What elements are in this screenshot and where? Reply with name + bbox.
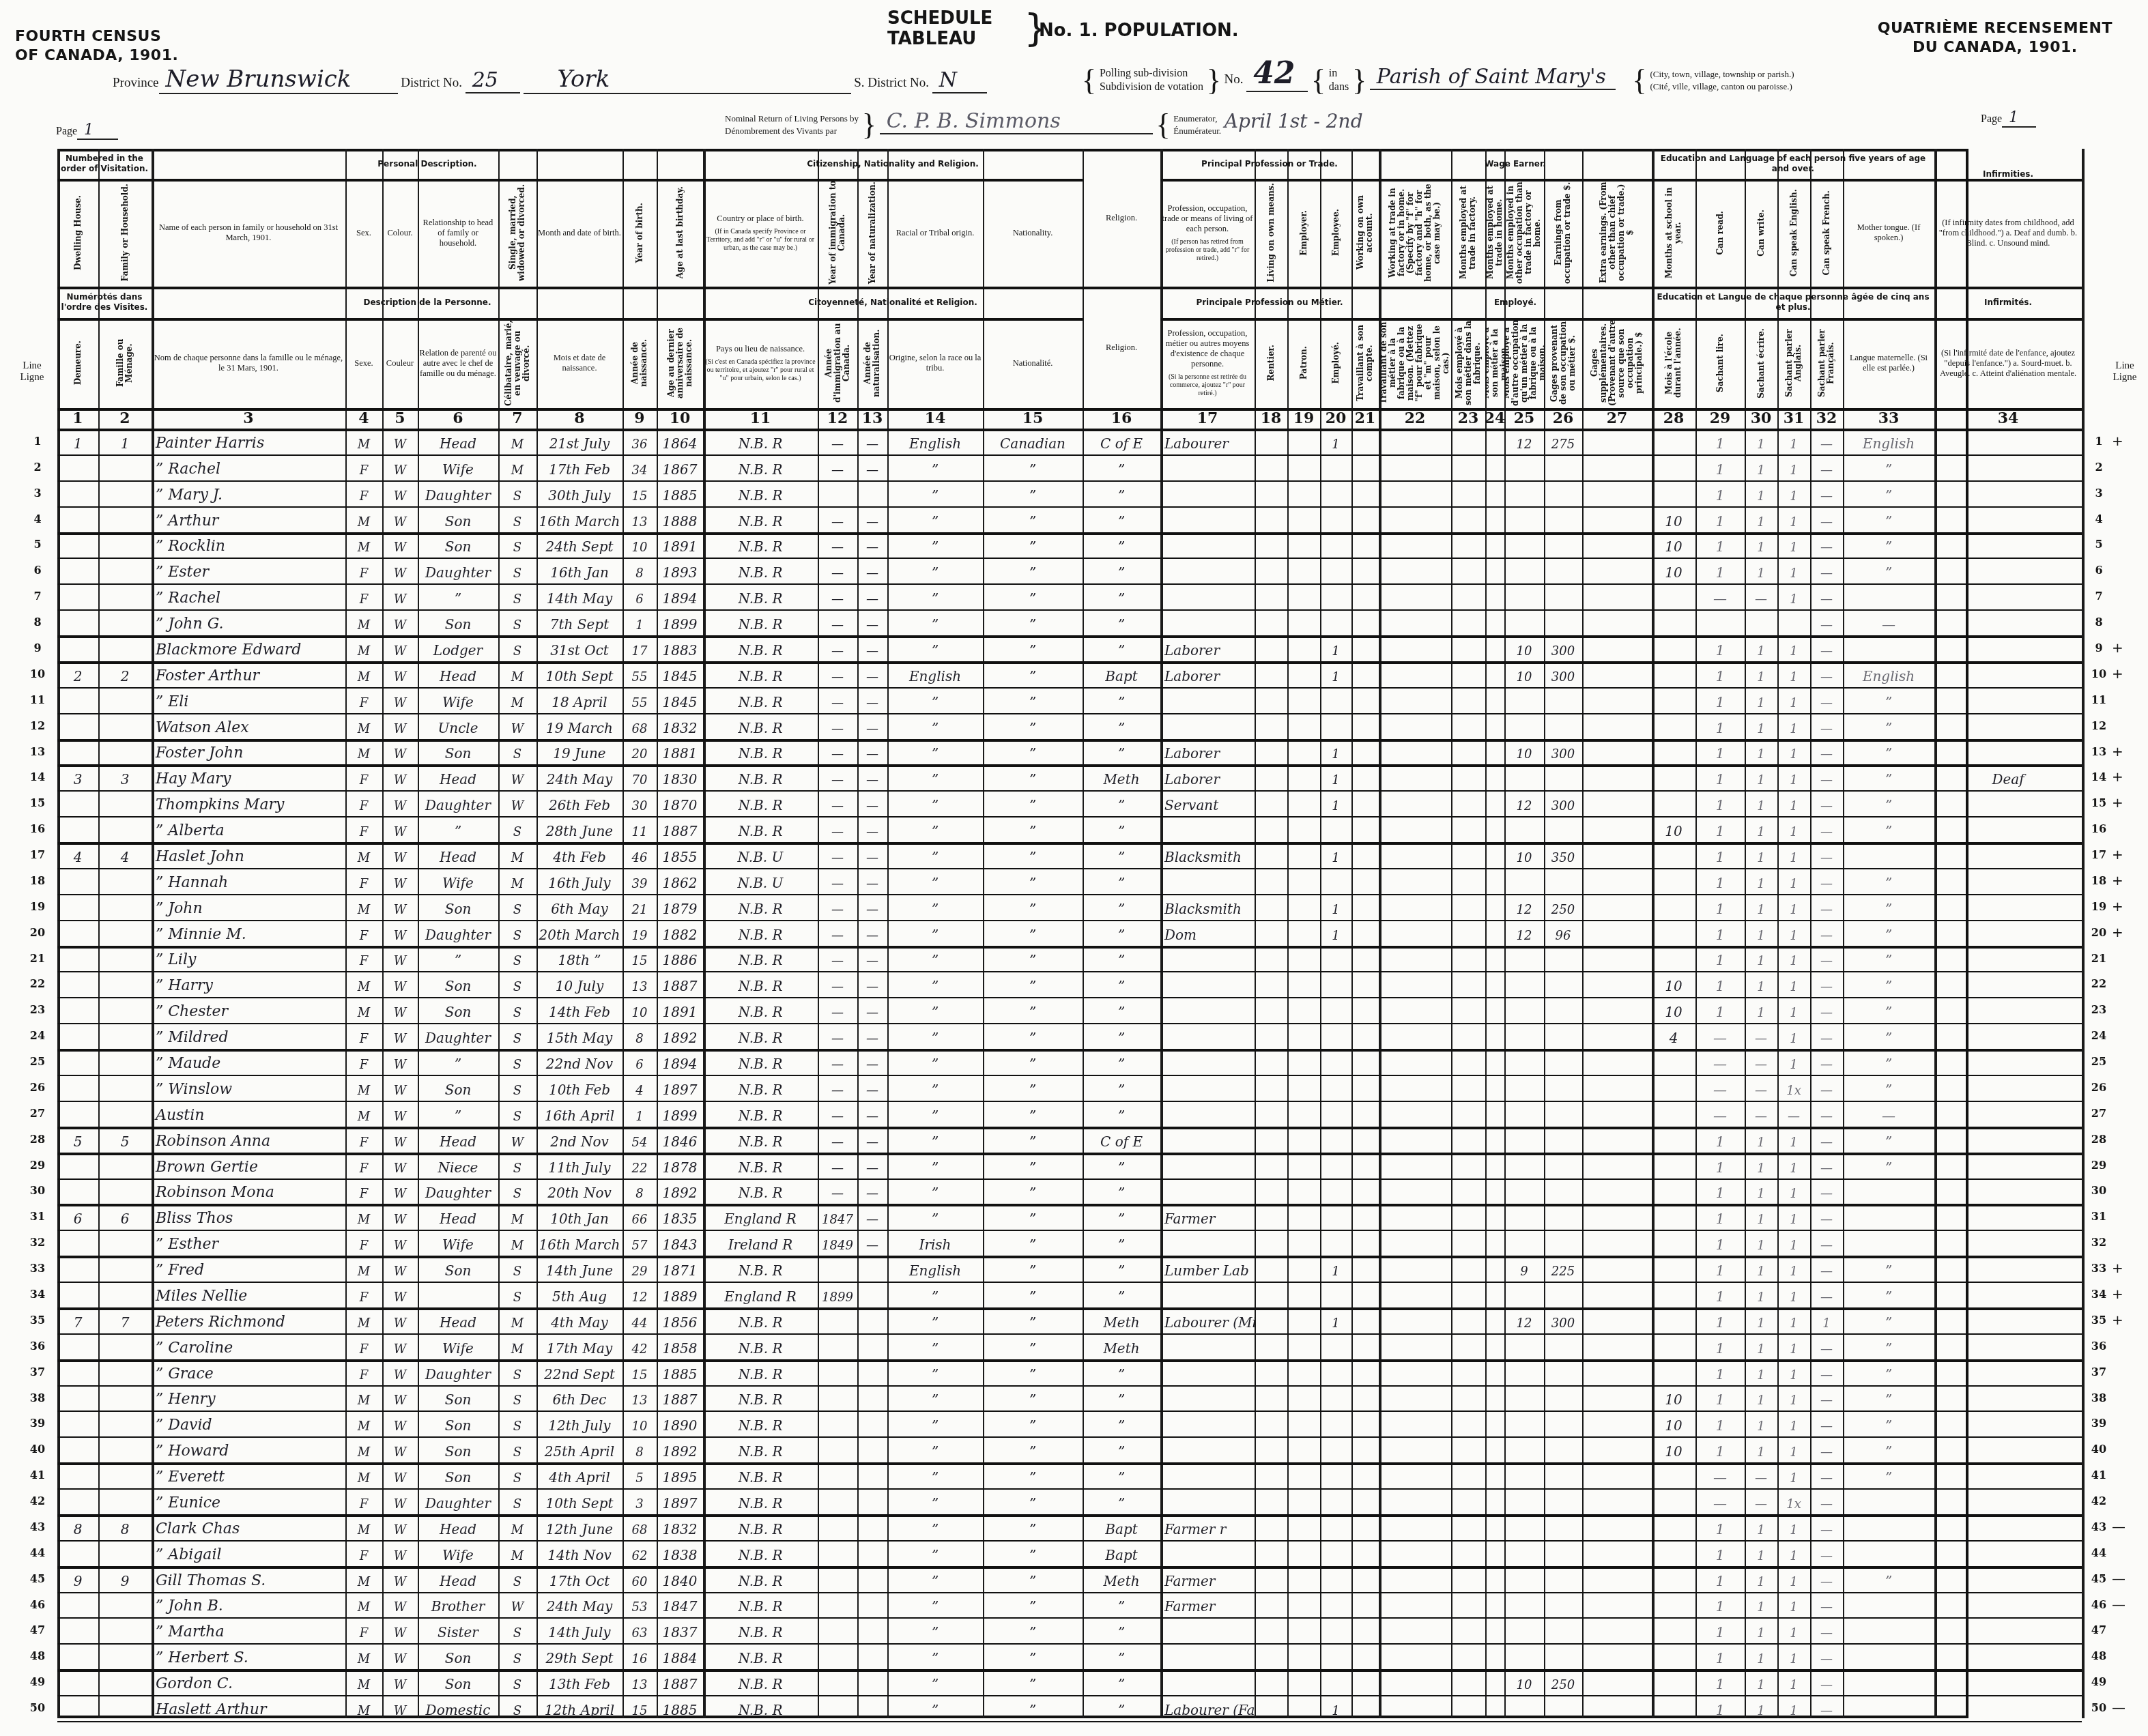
- cell-natur: —: [857, 739, 887, 765]
- cell-origin: ”: [887, 842, 983, 868]
- cell-write: —: [1745, 1023, 1777, 1049]
- cell-write: 1: [1745, 1617, 1777, 1643]
- cell-origin: ”: [887, 480, 983, 506]
- cell-nationality: ”: [983, 1333, 1083, 1359]
- cell-english: 1: [1777, 1204, 1810, 1230]
- column-header-24-en: Months employed at trade in home.: [1485, 179, 1504, 287]
- cell-birth-date: 12th June: [536, 1514, 622, 1540]
- column-number-31: 31: [1777, 408, 1810, 429]
- cell-age: 1: [622, 609, 657, 635]
- cell-status: M: [498, 868, 536, 894]
- column-header-21-en: Working on own account.: [1351, 179, 1379, 287]
- cell-write: 1: [1745, 1566, 1777, 1592]
- cell-read: 1: [1695, 739, 1745, 765]
- cell-colour: W: [382, 1101, 418, 1127]
- cell-english: 1: [1777, 713, 1810, 739]
- cell-write: 1: [1745, 1410, 1777, 1436]
- column-header-text: Employé.: [1332, 342, 1341, 384]
- cell-employee: 1: [1320, 739, 1351, 765]
- column-header-text: Age au dernier anniversaire de naissance…: [667, 319, 693, 407]
- cell-birth-year: 1887: [657, 1385, 703, 1411]
- cell-months-other: 10: [1504, 842, 1544, 868]
- cell-religion: ”: [1083, 635, 1160, 661]
- cell-birthplace: Ireland R: [703, 1230, 818, 1256]
- line-number-right: 45: [2089, 1572, 2109, 1585]
- cell-tongue: ”: [1843, 1153, 1934, 1178]
- cell-read: 1: [1695, 713, 1745, 739]
- cell-birthplace: N.B. R: [703, 1153, 818, 1178]
- cell-natur: —: [857, 971, 887, 997]
- column-header-text: Travaillant de son métier à la fabrique …: [1379, 319, 1450, 407]
- column-header-13-en: Year of naturalization.: [857, 179, 887, 287]
- title-line-1: FOURTH CENSUS: [15, 27, 178, 46]
- cell-school: 4: [1652, 1023, 1695, 1049]
- cell-religion: ”: [1083, 1178, 1160, 1204]
- cell-nationality: ”: [983, 790, 1083, 816]
- cell-religion: ”: [1083, 1282, 1160, 1307]
- cell-months-other: 12: [1504, 1307, 1544, 1333]
- cell-name: ” Herbert S.: [152, 1643, 345, 1669]
- cell-origin: ”: [887, 1436, 983, 1462]
- cell-write: 1: [1745, 946, 1777, 972]
- column-header-11-fr: Pays ou lieu de naissance.(Si c'est en C…: [703, 318, 818, 408]
- cell-natur: —: [857, 609, 887, 635]
- cell-name: ” Martha: [152, 1617, 345, 1643]
- cell-birthplace: N.B. R: [703, 583, 818, 609]
- tally-mark: +: [2112, 1286, 2123, 1302]
- cell-age: 15: [622, 946, 657, 972]
- cell-tongue: —: [1843, 1101, 1934, 1127]
- cell-write: 1: [1745, 635, 1777, 661]
- line-number-right: 14: [2089, 770, 2109, 783]
- cell-colour: W: [382, 687, 418, 713]
- cell-tongue: ”: [1843, 1462, 1934, 1488]
- cell-origin: ”: [887, 558, 983, 583]
- cell-name: ” Alberta: [152, 816, 345, 842]
- cell-origin: ”: [887, 946, 983, 972]
- cell-english: 1: [1777, 868, 1810, 894]
- line-number: 12: [27, 719, 48, 732]
- cell-status: S: [498, 1695, 536, 1721]
- cell-birth-date: 13th Feb: [536, 1669, 622, 1695]
- cell-read: 1: [1695, 1385, 1745, 1411]
- line-number: 41: [27, 1469, 48, 1481]
- cell-immig: —: [818, 583, 857, 609]
- cell-colour: W: [382, 920, 418, 946]
- cell-relation: Daughter: [418, 790, 498, 816]
- cell-status: S: [498, 1256, 536, 1282]
- cell-religion: ”: [1083, 1049, 1160, 1075]
- cell-birth-year: 1887: [657, 1669, 703, 1695]
- cell-birth-year: 1846: [657, 1127, 703, 1153]
- enumeration-date: April 1st - 2nd: [1225, 110, 1363, 132]
- cell-relation: Daughter: [418, 558, 498, 583]
- column-number-9: 9: [622, 408, 657, 429]
- column-header-27-en: Extra earnings. (From other than chief o…: [1582, 179, 1652, 287]
- cell-family: 5: [98, 1127, 152, 1153]
- cell-sex: M: [345, 1307, 382, 1333]
- cell-birth-date: 17th Oct: [536, 1566, 622, 1592]
- in-label: in dans: [1329, 67, 1349, 94]
- column-header-note: (If person has retired from profession o…: [1162, 238, 1253, 263]
- cell-age: 8: [622, 558, 657, 583]
- cell-english: 1: [1777, 1695, 1810, 1721]
- cell-colour: W: [382, 661, 418, 687]
- column-header-text: Sexe.: [354, 358, 373, 368]
- cell-status: S: [498, 920, 536, 946]
- column-header-text: Couleur: [386, 358, 414, 368]
- line-number-right: 17: [2089, 848, 2109, 861]
- cell-relation: Son: [418, 971, 498, 997]
- cell-origin: ”: [887, 1359, 983, 1385]
- cell-birth-date: 16th March: [536, 506, 622, 532]
- cell-origin: ”: [887, 1669, 983, 1695]
- cell-occupation: Dom: [1160, 920, 1255, 946]
- cell-write: 1: [1745, 1333, 1777, 1359]
- column-header-30-en: Can write.: [1745, 179, 1777, 287]
- cell-occupation: Laborer: [1160, 661, 1255, 687]
- cell-english: —: [1777, 1101, 1810, 1127]
- column-number-4: 4: [345, 408, 382, 429]
- cell-sex: F: [345, 790, 382, 816]
- cell-read: 1: [1695, 1178, 1745, 1204]
- cell-immig: —: [818, 1075, 857, 1101]
- cell-religion: ”: [1083, 583, 1160, 609]
- district-name: York: [524, 66, 851, 94]
- cell-tongue: ”: [1843, 454, 1934, 480]
- cell-write: 1: [1745, 558, 1777, 583]
- cell-immig: —: [818, 1049, 857, 1075]
- line-number-right: 34: [2089, 1288, 2109, 1301]
- cell-write: 1: [1745, 1540, 1777, 1566]
- cell-birth-date: 16th April: [536, 1101, 622, 1127]
- enumerator-value: C. P. B. Simmons: [880, 109, 1153, 134]
- cell-age: 17: [622, 635, 657, 661]
- cell-name: ” Eli: [152, 687, 345, 713]
- cell-english: 1: [1777, 739, 1810, 765]
- cell-immig: 1899: [818, 1282, 857, 1307]
- cell-english: 1: [1777, 635, 1810, 661]
- cell-natur: —: [857, 558, 887, 583]
- cell-birth-year: 1847: [657, 1592, 703, 1618]
- column-number-26: 26: [1544, 408, 1582, 429]
- column-header-21-fr: Travaillant à son compte.: [1351, 318, 1379, 408]
- column-header-text: Employee.: [1332, 209, 1341, 256]
- cell-french: —: [1810, 661, 1843, 687]
- cell-age: 34: [622, 454, 657, 480]
- cell-read: 1: [1695, 635, 1745, 661]
- cell-english: 1: [1777, 583, 1810, 609]
- tally-mark: +: [2112, 1312, 2123, 1328]
- cell-sex: F: [345, 1127, 382, 1153]
- cell-school: 10: [1652, 971, 1695, 997]
- column-number-13: 13: [857, 408, 887, 429]
- cell-name: ” John: [152, 894, 345, 920]
- cell-origin: ”: [887, 1695, 983, 1721]
- cell-relation: Head: [418, 429, 498, 454]
- tally-mark: +: [2112, 1260, 2123, 1276]
- cell-read: 1: [1695, 532, 1745, 558]
- cell-english: 1: [1777, 1307, 1810, 1333]
- cell-nationality: ”: [983, 920, 1083, 946]
- cell-birthplace: England R: [703, 1204, 818, 1230]
- cell-religion: ”: [1083, 1592, 1160, 1618]
- cell-name: ” Grace: [152, 1359, 345, 1385]
- cell-age: 13: [622, 971, 657, 997]
- cell-english: 1: [1777, 790, 1810, 816]
- cell-write: 1: [1745, 661, 1777, 687]
- cell-origin: ”: [887, 1023, 983, 1049]
- cell-natur: —: [857, 1049, 887, 1075]
- cell-name: ” Mary J.: [152, 480, 345, 506]
- cell-occupation: Laborer: [1160, 635, 1255, 661]
- cell-age: 10: [622, 1410, 657, 1436]
- cell-english: 1: [1777, 1230, 1810, 1256]
- cell-natur: —: [857, 687, 887, 713]
- column-header-text: Sex.: [356, 228, 371, 238]
- cell-age: 20: [622, 739, 657, 765]
- cell-read: 1: [1695, 1307, 1745, 1333]
- cell-nationality: ”: [983, 713, 1083, 739]
- line-number-right: 18: [2089, 874, 2109, 887]
- cell-origin: ”: [887, 1410, 983, 1436]
- cell-colour: W: [382, 1592, 418, 1618]
- brace-icon: {: [1156, 108, 1170, 141]
- cell-sex: M: [345, 635, 382, 661]
- cell-status: S: [498, 532, 536, 558]
- cell-age: 29: [622, 1256, 657, 1282]
- cell-natur: —: [857, 1230, 887, 1256]
- cell-colour: W: [382, 1410, 418, 1436]
- cell-immig: —: [818, 997, 857, 1023]
- district-no: 25: [466, 68, 520, 93]
- cell-birthplace: N.B. R: [703, 713, 818, 739]
- cell-origin: ”: [887, 816, 983, 842]
- column-header-18-en: Living on own means.: [1255, 179, 1287, 287]
- cell-status: S: [498, 1101, 536, 1127]
- cell-natur: —: [857, 1075, 887, 1101]
- cell-employee: 1: [1320, 764, 1351, 790]
- cell-natur: —: [857, 842, 887, 868]
- cell-origin: ”: [887, 583, 983, 609]
- cell-immig: —: [818, 687, 857, 713]
- cell-origin: ”: [887, 997, 983, 1023]
- cell-french: —: [1810, 946, 1843, 972]
- line-number: 45: [27, 1572, 48, 1585]
- line-number-right: 23: [2089, 1003, 2109, 1016]
- cell-english: 1: [1777, 480, 1810, 506]
- column-header-3-fr: Nom de chaque personne dans la famille o…: [152, 318, 345, 408]
- cell-age: 63: [622, 1617, 657, 1643]
- cell-sex: F: [345, 868, 382, 894]
- column-number-34: 34: [1934, 408, 2082, 429]
- cell-birthplace: N.B. R: [703, 661, 818, 687]
- line-number: 11: [27, 693, 48, 706]
- cell-age: 19: [622, 920, 657, 946]
- cell-tongue: English: [1843, 429, 1934, 454]
- cell-relation: Daughter: [418, 920, 498, 946]
- column-header-3-en: Name of each person in family or househo…: [152, 179, 345, 287]
- cell-months-other: 10: [1504, 661, 1544, 687]
- line-number-right: 44: [2089, 1546, 2109, 1559]
- cell-immig: —: [818, 894, 857, 920]
- cell-tongue: ”: [1843, 532, 1934, 558]
- column-header-text: Dwelling House.: [74, 195, 83, 270]
- cell-status: M: [498, 429, 536, 454]
- cell-birth-date: 17th May: [536, 1333, 622, 1359]
- cell-natur: —: [857, 894, 887, 920]
- column-header-18-fr: Rentier.: [1255, 318, 1287, 408]
- line-number: 2: [27, 461, 48, 474]
- brace-icon: {: [1633, 63, 1647, 97]
- cell-religion: ”: [1083, 816, 1160, 842]
- line-number: 43: [27, 1520, 48, 1533]
- cell-french: —: [1810, 1566, 1843, 1592]
- cell-birth-year: 1897: [657, 1075, 703, 1101]
- cell-birth-year: 1892: [657, 1178, 703, 1204]
- cell-tongue: ”: [1843, 1307, 1934, 1333]
- column-header-29-fr: Sachant lire.: [1695, 318, 1745, 408]
- cell-nationality: ”: [983, 1282, 1083, 1307]
- cell-read: —: [1695, 1075, 1745, 1101]
- cell-sex: M: [345, 1410, 382, 1436]
- cell-sex: F: [345, 1023, 382, 1049]
- cell-school: 10: [1652, 816, 1695, 842]
- cell-birth-date: 30th July: [536, 480, 622, 506]
- cell-name: Watson Alex: [152, 713, 345, 739]
- line-number-right: 15: [2089, 796, 2109, 809]
- cell-status: M: [498, 1307, 536, 1333]
- cell-birthplace: N.B. R: [703, 1256, 818, 1282]
- place-hint: (City, town, village, township or parish…: [1650, 68, 1794, 93]
- cell-birth-date: 10 July: [536, 971, 622, 997]
- cell-origin: ”: [887, 713, 983, 739]
- cell-french: —: [1810, 1410, 1843, 1436]
- cell-french: —: [1810, 1075, 1843, 1101]
- group-personal-fr: Description de la Personne.: [152, 287, 703, 318]
- cell-dwelling: 3: [57, 764, 98, 790]
- column-header-text: Sachant parler Anglais.: [1785, 319, 1803, 407]
- column-number-29: 29: [1695, 408, 1745, 429]
- cell-french: —: [1810, 790, 1843, 816]
- cell-nationality: Canadian: [983, 429, 1083, 454]
- cell-sex: F: [345, 946, 382, 972]
- line-number: 34: [27, 1288, 48, 1301]
- cell-origin: ”: [887, 454, 983, 480]
- cell-french: —: [1810, 894, 1843, 920]
- cell-age: 13: [622, 1385, 657, 1411]
- cell-status: M: [498, 661, 536, 687]
- column-header-2-fr: Famille ou Ménage.: [98, 318, 152, 408]
- cell-read: 1: [1695, 894, 1745, 920]
- cell-nationality: ”: [983, 1256, 1083, 1282]
- cell-immig: 1849: [818, 1230, 857, 1256]
- column-header-5-fr: Couleur: [382, 318, 418, 408]
- cell-french: —: [1810, 739, 1843, 765]
- cell-earnings: 350: [1544, 842, 1582, 868]
- column-header-6-fr: Relation de parenté ou autre avec le che…: [418, 318, 498, 408]
- cell-write: 1: [1745, 1307, 1777, 1333]
- cell-name: Bliss Thos: [152, 1204, 345, 1230]
- cell-colour: W: [382, 1566, 418, 1592]
- cell-age: 4: [622, 1075, 657, 1101]
- cell-nationality: ”: [983, 1695, 1083, 1721]
- cell-status: S: [498, 1410, 536, 1436]
- cell-relation: Head: [418, 1127, 498, 1153]
- cell-birthplace: N.B. R: [703, 1333, 818, 1359]
- cell-birth-date: 10th Sept: [536, 661, 622, 687]
- column-divider: [2082, 149, 2085, 1718]
- cell-read: 1: [1695, 920, 1745, 946]
- cell-tongue: ”: [1843, 1566, 1934, 1592]
- cell-relation: Niece: [418, 1153, 498, 1178]
- cell-write: —: [1745, 583, 1777, 609]
- cell-nationality: ”: [983, 739, 1083, 765]
- line-number-right: 11: [2089, 693, 2109, 706]
- cell-relation: Daughter: [418, 1178, 498, 1204]
- cell-natur: —: [857, 635, 887, 661]
- cell-tongue: ”: [1843, 946, 1934, 972]
- cell-read: 1: [1695, 1282, 1745, 1307]
- cell-read: —: [1695, 1462, 1745, 1488]
- cell-french: —: [1810, 1592, 1843, 1618]
- cell-english: 1: [1777, 1617, 1810, 1643]
- cell-birthplace: N.B. R: [703, 1566, 818, 1592]
- cell-age: 70: [622, 764, 657, 790]
- cell-dwelling: 6: [57, 1204, 98, 1230]
- cell-sex: F: [345, 1333, 382, 1359]
- cell-french: —: [1810, 1617, 1843, 1643]
- cell-colour: W: [382, 1540, 418, 1566]
- line-label-left: Line Ligne: [15, 360, 49, 384]
- cell-age: 3: [622, 1488, 657, 1514]
- cell-birth-year: 1835: [657, 1204, 703, 1230]
- column-number-10: 10: [657, 408, 703, 429]
- cell-tongue: ”: [1843, 1410, 1934, 1436]
- cell-colour: W: [382, 1514, 418, 1540]
- cell-nationality: ”: [983, 506, 1083, 532]
- tally-mark: +: [2112, 794, 2123, 811]
- cell-relation: Wife: [418, 1333, 498, 1359]
- cell-sex: F: [345, 1049, 382, 1075]
- cell-natur: —: [857, 1127, 887, 1153]
- cell-birth-year: 1871: [657, 1256, 703, 1282]
- cell-english: 1: [1777, 506, 1810, 532]
- cell-dwelling: 8: [57, 1514, 98, 1540]
- cell-relation: Head: [418, 842, 498, 868]
- cell-write: 1: [1745, 868, 1777, 894]
- line-number: 3: [27, 487, 48, 500]
- cell-write: 1: [1745, 1127, 1777, 1153]
- cell-sex: F: [345, 1178, 382, 1204]
- cell-birth-date: 14th June: [536, 1256, 622, 1282]
- cell-read: 1: [1695, 971, 1745, 997]
- cell-birth-year: 1886: [657, 946, 703, 972]
- cell-dwelling: 9: [57, 1566, 98, 1592]
- cell-occupation: Farmer: [1160, 1204, 1255, 1230]
- polling-label-en: Polling sub-division: [1100, 67, 1203, 81]
- cell-sex: F: [345, 764, 382, 790]
- cell-french: —: [1810, 920, 1843, 946]
- cell-colour: W: [382, 480, 418, 506]
- cell-relation: Wife: [418, 1230, 498, 1256]
- cell-sex: M: [345, 1566, 382, 1592]
- cell-status: W: [498, 1592, 536, 1618]
- tally-mark: +: [2112, 665, 2123, 682]
- cell-nationality: ”: [983, 1204, 1083, 1230]
- group-wage-fr: Employé.: [1379, 287, 1652, 318]
- cell-read: 1: [1695, 1566, 1745, 1592]
